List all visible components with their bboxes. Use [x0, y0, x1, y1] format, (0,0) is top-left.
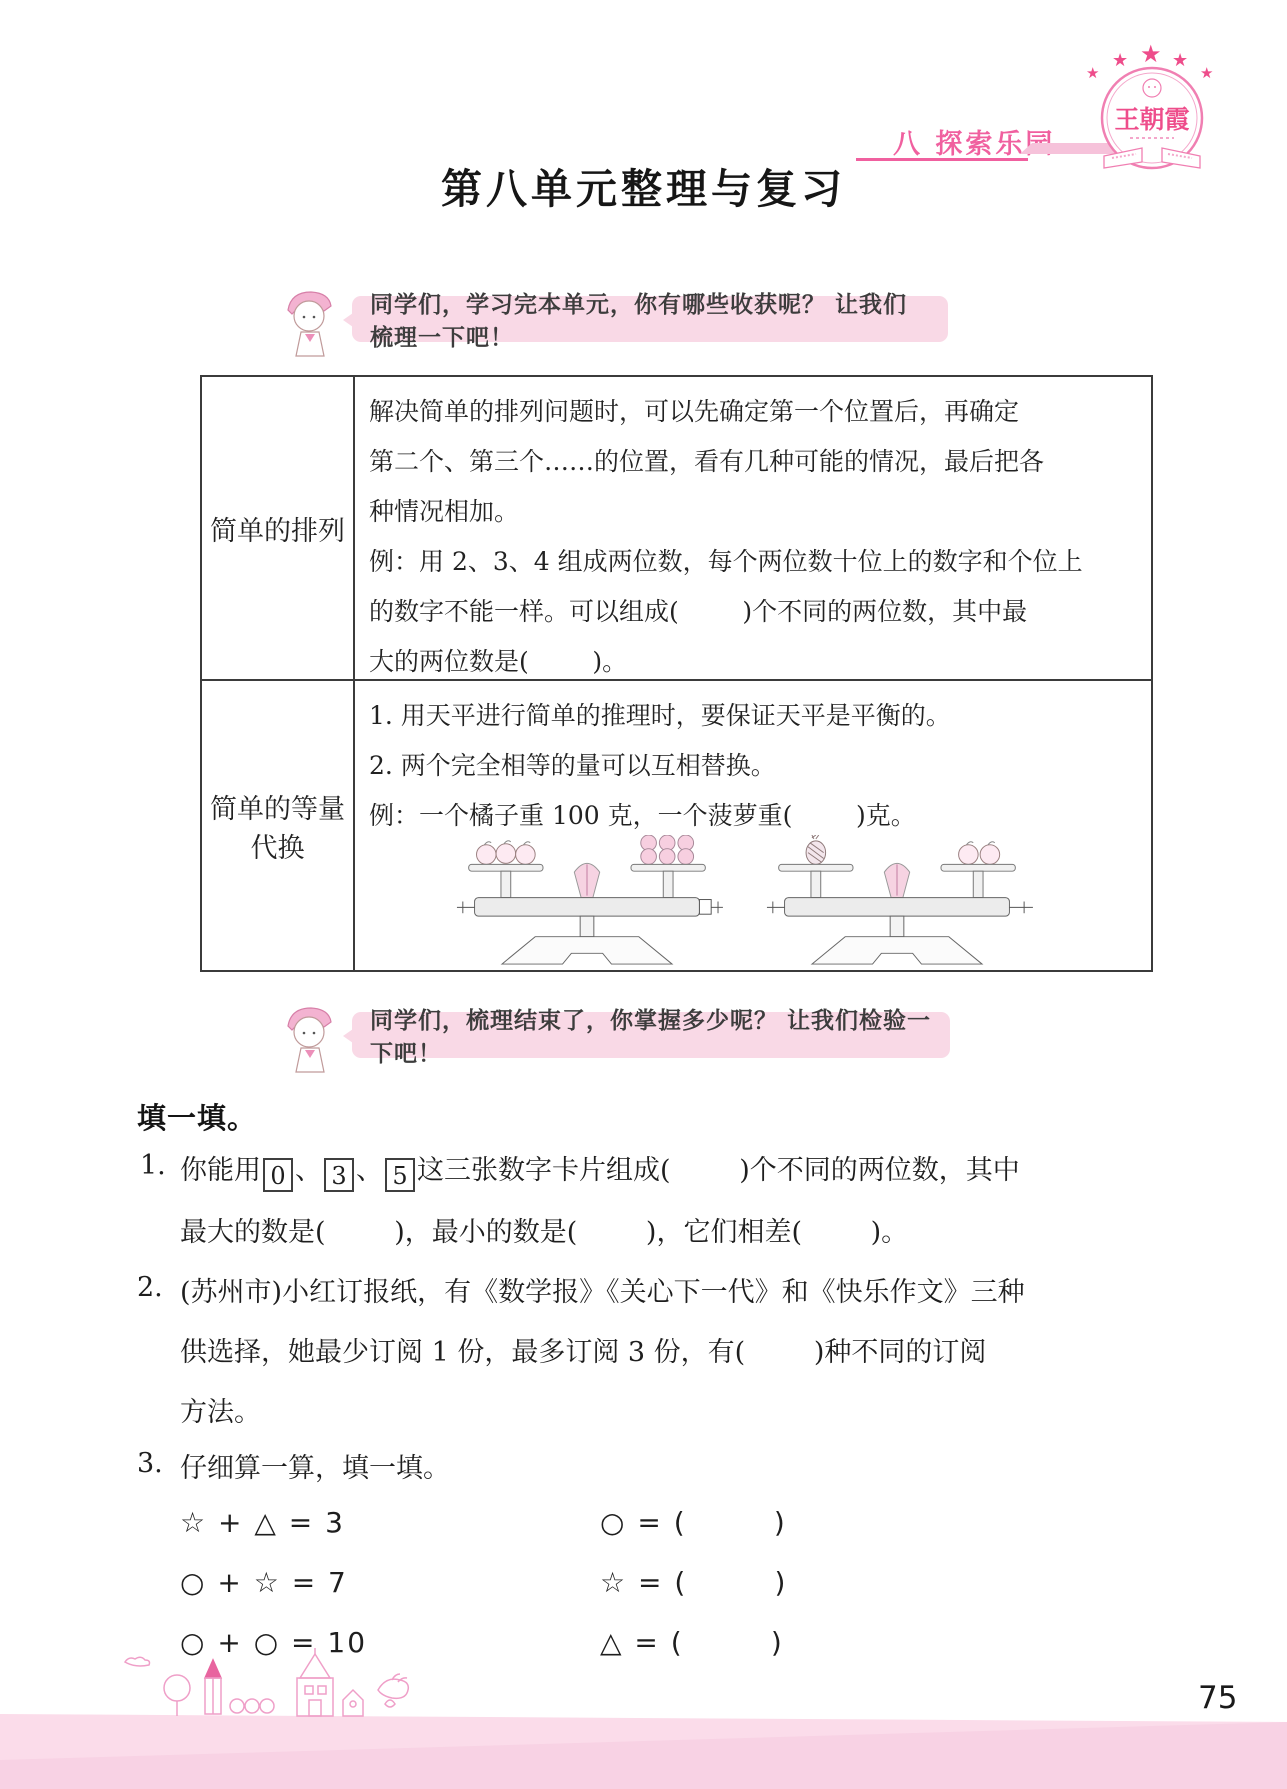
scale-beam	[785, 898, 1010, 917]
mascot-eye	[313, 1032, 316, 1035]
table-label-text: 代换	[251, 826, 305, 865]
scale-pan-post	[501, 871, 511, 897]
speech-bubble-check: 同学们，梳理结束了，你掌握多少呢？ 让我们检验一下吧！	[352, 1012, 950, 1058]
orange-icon	[496, 844, 516, 864]
table-text-line: 种情况相加。	[369, 487, 1139, 537]
apple-icon	[659, 849, 675, 865]
question1-separator: 、	[295, 1155, 322, 1186]
table-text-line: 例：一个橘子重 100 克，一个菠萝重( )克。	[369, 791, 1139, 841]
table-text-line: 例：用 2、3、4 组成两位数，每个两位数十位上的数字和个位上	[369, 537, 1139, 587]
bush-icon	[245, 1699, 259, 1713]
star-icon: ★	[1172, 50, 1188, 71]
footer-bird-decoration	[368, 1668, 418, 1708]
bush-icon	[260, 1699, 274, 1713]
bush-icon	[230, 1699, 244, 1713]
mascot-girl-icon	[281, 286, 341, 358]
question1-text: 这三张数字卡片组成( )个不同的两位数，其中	[417, 1155, 1020, 1186]
table-text-line: 的数字不能一样。可以组成( )个不同的两位数，其中最	[369, 587, 1139, 637]
publisher-logo-stamp: ★ ★ ★ ★ ★ 王朝霞	[1072, 44, 1232, 174]
scale-pan-post	[973, 871, 983, 897]
table-label-text: 简单的等量	[210, 787, 345, 826]
logo-face-eye	[1148, 86, 1150, 88]
table-text-line: 第二个、第三个……的位置，看有几种可能的情况，最后把各	[369, 437, 1139, 487]
question2-line3: 方法。	[180, 1390, 261, 1429]
balance-scale-right-icon	[752, 835, 1042, 967]
castle-window	[318, 1686, 326, 1694]
house-window	[350, 1701, 356, 1707]
question1-line1: 你能用0、3、5这三张数字卡片组成( )个不同的两位数，其中	[180, 1148, 1020, 1192]
speech-bubble-check-text: 同学们，梳理结束了，你掌握多少呢？ 让我们检验一下吧！	[370, 1002, 932, 1068]
star-icon: ★	[1112, 50, 1128, 71]
apple-icon	[641, 849, 657, 865]
orange-icon	[959, 845, 979, 865]
digit-card-0: 0	[263, 1158, 293, 1192]
equation-row-1: ☆ + △ = 3○ = ( )	[180, 1506, 787, 1539]
logo-name-text: 王朝霞	[1114, 105, 1189, 134]
question2-number: 2.	[137, 1272, 163, 1303]
mascot-head	[294, 1017, 324, 1047]
orange-icon	[980, 845, 1000, 865]
equation-left: ☆ + △ = 3	[180, 1506, 600, 1539]
table-row-permutation: 简单的排列 解决简单的排列问题时，可以先确定第一个位置后，再确定 第二个、第三个…	[202, 377, 1151, 681]
question3-number: 3.	[137, 1448, 163, 1479]
digit-card-3: 3	[324, 1158, 354, 1192]
table-label-substitution: 简单的等量 代换	[202, 681, 355, 970]
equation-row-2: ○ + ☆ = 7☆ = ( )	[180, 1566, 787, 1599]
page-number: 75	[1198, 1680, 1237, 1716]
logo-stamp-icon: ★ ★ ★ ★ ★ 王朝霞	[1072, 44, 1232, 174]
scale-pan-post	[811, 871, 821, 897]
castle-window	[305, 1686, 313, 1694]
scale-pillar	[580, 916, 594, 937]
castle-door	[309, 1700, 321, 1716]
question1-line2: 最大的数是( )，最小的数是( )，它们相差( )。	[180, 1210, 908, 1249]
equation-right: ☆ = ( )	[600, 1566, 787, 1599]
table-text-line: 1. 用天平进行简单的推理时，要保证天平是平衡的。	[369, 691, 1139, 741]
scale-pan	[469, 864, 543, 871]
question2-line1: (苏州市)小红订报纸，有《数学报》《关心下一代》和《快乐作文》三种	[180, 1270, 1025, 1309]
cloud-icon	[125, 1657, 150, 1666]
digit-card-5: 5	[385, 1158, 415, 1192]
castle-body-icon	[297, 1678, 333, 1716]
scale-adjuster-box	[699, 900, 711, 915]
speech-bubble-intro-text: 同学们，学习完本单元，你有哪些收获呢？ 让我们梳理一下吧！	[370, 286, 930, 352]
pencil-tip-icon	[205, 1660, 221, 1678]
review-table: 简单的排列 解决简单的排列问题时，可以先确定第一个位置后，再确定 第二个、第三个…	[200, 375, 1153, 972]
scale-pan	[779, 864, 853, 871]
house-icon	[343, 1690, 363, 1716]
question1-text: 你能用	[180, 1155, 261, 1186]
star-icon: ★	[1140, 44, 1162, 68]
balance-scale-left-icon	[442, 835, 732, 967]
apple-icon	[678, 849, 694, 865]
section-heading: 填一填。	[137, 1096, 257, 1137]
equation-right: ○ = ( )	[600, 1506, 787, 1539]
page-title: 第八单元整理与复习	[0, 156, 1287, 215]
scale-pan-post	[663, 871, 673, 897]
table-label-text: 简单的排列	[210, 509, 345, 548]
logo-face-eye	[1154, 86, 1156, 88]
scale-pillar	[890, 916, 904, 937]
star-icon: ★	[1086, 64, 1099, 82]
question2-line2: 供选择，她最少订阅 1 份，最多订阅 3 份，有( )种不同的订阅	[180, 1330, 986, 1369]
tree-icon	[164, 1675, 190, 1701]
table-text-line: 解决简单的排列问题时，可以先确定第一个位置后，再确定	[369, 387, 1139, 437]
table-content-permutation: 解决简单的排列问题时，可以先确定第一个位置后，再确定 第二个、第三个……的位置，…	[355, 377, 1151, 679]
question1-separator: 、	[356, 1155, 383, 1186]
scale-pan	[941, 864, 1015, 871]
question1-number: 1.	[140, 1150, 166, 1181]
question3-line1: 仔细算一算，填一填。	[180, 1446, 450, 1485]
castle-roof-icon	[300, 1654, 330, 1678]
equation-right: △ = ( )	[600, 1626, 784, 1659]
star-icon: ★	[1200, 64, 1213, 82]
table-label-permutation: 简单的排列	[202, 377, 355, 679]
scale-base	[502, 937, 672, 964]
bird-icon	[378, 1679, 408, 1698]
orange-icon	[477, 845, 497, 865]
orange-icon	[516, 845, 536, 865]
mascot-eye	[313, 316, 316, 319]
scale-base	[812, 937, 982, 964]
mascot-eye	[303, 1032, 306, 1035]
table-text-line: 大的两位数是( )。	[369, 637, 1139, 687]
speech-bubble-intro: 同学们，学习完本单元，你有哪些收获呢？ 让我们梳理一下吧！	[352, 296, 948, 342]
equation-left: ○ + ☆ = 7	[180, 1566, 600, 1599]
balance-scale-illustrations	[442, 835, 1062, 967]
scale-beam	[475, 898, 700, 917]
mascot-eye	[303, 316, 306, 319]
scale-pan	[631, 864, 705, 871]
workbook-page: 八 探索乐园 ★ ★ ★ ★ ★ 王朝霞 第八单元整理与复习	[0, 0, 1287, 1789]
table-text-line: 2. 两个完全相等的量可以互相替换。	[369, 741, 1139, 791]
mascot-head	[294, 301, 324, 331]
mascot-girl-icon	[281, 1002, 341, 1074]
